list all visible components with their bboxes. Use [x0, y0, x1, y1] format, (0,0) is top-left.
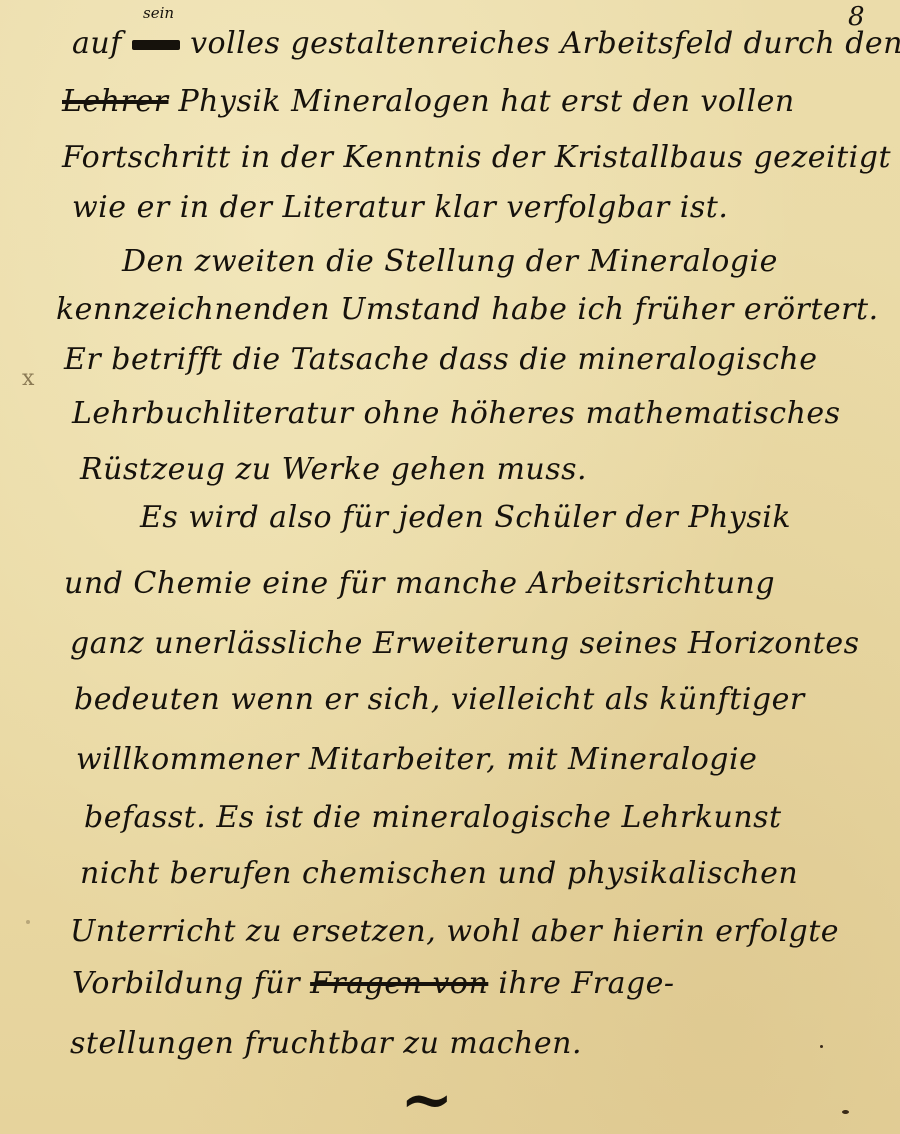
line-18-prefix: Vorbildung für — [72, 966, 300, 1001]
text-line-16: nicht berufen chemischen und physikalisc… — [80, 856, 798, 891]
text-line-3: Fortschritt in der Kenntnis der Kristall… — [62, 140, 891, 175]
insertion-above-line: sein — [143, 4, 174, 22]
line-2-struck-word: Lehrer — [62, 84, 168, 119]
line-18-text: ihre Frage- — [498, 966, 674, 1001]
text-line-9: Rüstzeug zu Werke gehen muss. — [80, 452, 587, 487]
text-line-6: kennzeichnenden Umstand habe ich früher … — [56, 292, 879, 327]
text-line-7: Er betrifft die Tatsache dass die minera… — [64, 342, 818, 377]
paper-speck — [26, 920, 30, 924]
text-line-17: Unterricht zu ersetzen, wohl aber hierin… — [70, 914, 839, 949]
margin-mark: x — [22, 366, 34, 391]
text-line-13: bedeuten wenn er sich, vielleicht als kü… — [74, 682, 805, 717]
text-line-4: wie er in der Literatur klar verfolgbar … — [72, 190, 728, 225]
line-1-prefix: auf — [72, 26, 122, 61]
text-line-18: Vorbildung für Fragen von ihre Frage- — [72, 966, 675, 1001]
line-2-text: Physik Mineralogen hat erst den vollen — [178, 84, 794, 119]
text-line-15: befasst. Es ist die mineralogische Lehrk… — [84, 800, 782, 835]
line-1-struck-word: ein — [132, 40, 180, 50]
text-line-11: und Chemie eine für manche Arbeitsrichtu… — [64, 566, 775, 601]
text-line-19: stellungen fruchtbar zu machen. — [70, 1026, 582, 1061]
paper-speck — [820, 1045, 823, 1048]
text-line-2: Lehrer Physik Mineralogen hat erst den v… — [62, 84, 795, 119]
text-line-5: Den zweiten die Stellung der Mineralogie — [122, 244, 778, 279]
text-line-12: ganz unerlässliche Erweiterung seines Ho… — [70, 626, 859, 661]
manuscript-page: 8 sein auf ein volles gestaltenreiches A… — [0, 0, 900, 1134]
text-line-10: Es wird also für jeden Schüler der Physi… — [140, 500, 791, 535]
line-18-struck-words: Fragen von — [310, 966, 488, 1001]
paper-speck — [842, 1110, 849, 1114]
text-line-1: auf ein volles gestaltenreiches Arbeitsf… — [72, 26, 900, 61]
text-line-14: willkommener Mitarbeiter, mit Mineralogi… — [76, 742, 757, 777]
line-1-text: volles gestaltenreiches Arbeitsfeld durc… — [190, 26, 900, 61]
end-mark-tilde: ~ — [400, 1068, 454, 1132]
text-line-8: Lehrbuchliteratur ohne höheres mathemati… — [72, 396, 841, 431]
